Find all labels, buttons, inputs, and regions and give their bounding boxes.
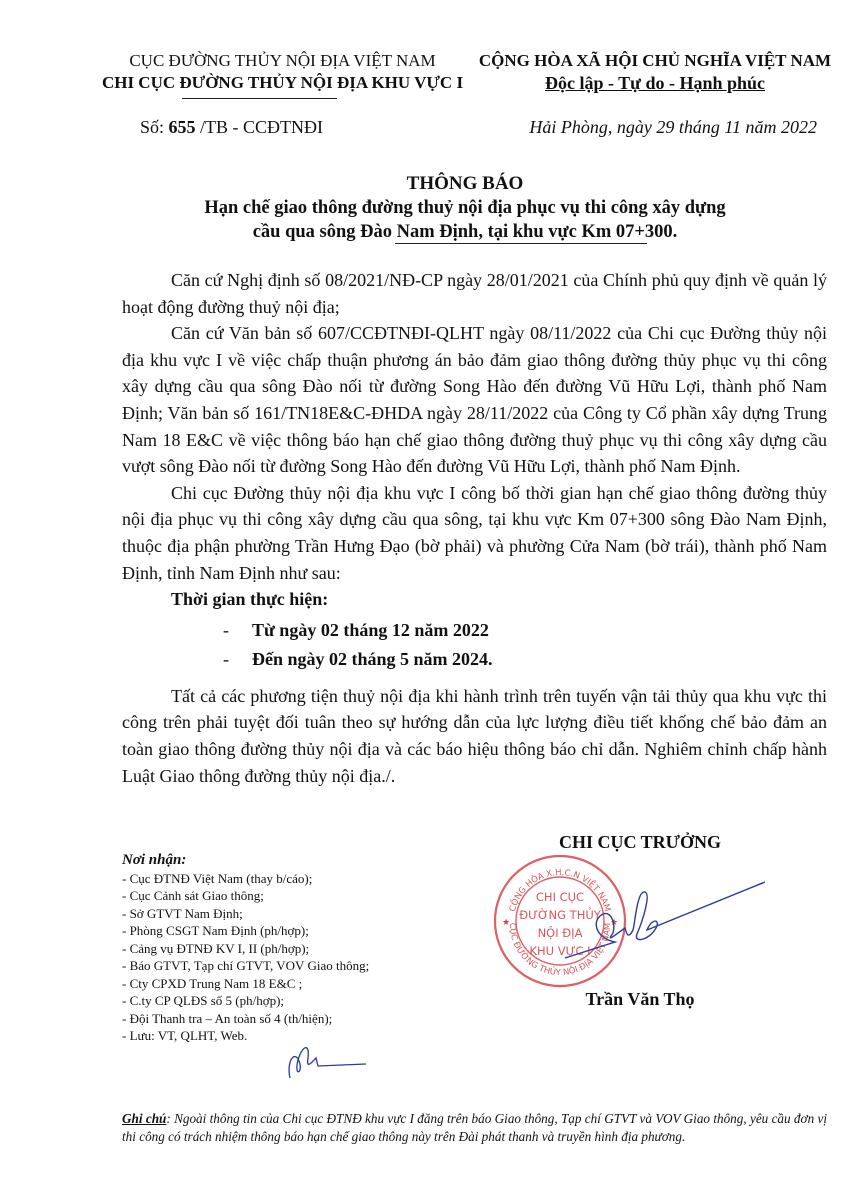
footnote: Ghi chú: Ngoài thông tin của Chi cục ĐTN… <box>122 1110 827 1146</box>
legal-basis-1: Căn cứ Nghị định số 08/2021/NĐ-CP ngày 2… <box>122 267 827 320</box>
signature-icon <box>555 880 775 970</box>
schedule-label: Thời gian thực hiện: <box>122 586 827 613</box>
document-number: Số: 655 /TB - CCĐTNĐI <box>140 117 323 138</box>
title-underline <box>395 243 647 244</box>
national-motto: Độc lập - Tự do - Hạnh phúc <box>470 72 840 94</box>
recipient-item: - Cục Cảnh sát Giao thông; <box>122 887 369 905</box>
footnote-text: : Ngoài thông tin của Chi cục ĐTNĐ khu v… <box>122 1111 827 1144</box>
footnote-label: Ghi chú <box>122 1111 166 1126</box>
doc-number-prefix: Số: <box>140 117 164 137</box>
country-name: CỘNG HÒA XÃ HỘI CHỦ NGHĨA VIỆT NAM <box>470 50 840 72</box>
svg-text:★: ★ <box>502 917 510 927</box>
signer-title: CHI CỤC TRƯỞNG <box>535 832 745 853</box>
announcement-paragraph: Chi cục Đường thủy nội địa khu vực I côn… <box>122 480 827 586</box>
initials-signature-icon <box>282 1040 372 1082</box>
doc-number-value: 655 <box>169 117 196 137</box>
recipient-item: - Cty CPXD Trung Nam 18 E&C ; <box>122 975 369 993</box>
recipient-item: - Cảng vụ ĐTNĐ KV I, II (ph/hợp); <box>122 940 369 958</box>
recipient-item: - Phòng CSGT Nam Định (ph/hợp); <box>122 922 369 940</box>
schedule-item: -Đến ngày 02 tháng 5 năm 2024. <box>122 646 827 675</box>
signature-block: CHI CỤC TRƯỞNG Trần Văn Thọ <box>535 832 745 853</box>
national-title-block: CỘNG HÒA XÃ HỘI CHỦ NGHĨA VIỆT NAM Độc l… <box>470 50 840 94</box>
document-title-block: THÔNG BÁO Hạn chế giao thông đường thuỷ … <box>95 172 835 244</box>
doc-number-suffix: /TB - CCĐTNĐI <box>200 117 323 137</box>
recipient-item: - Sở GTVT Nam Định; <box>122 905 369 923</box>
issuing-agency-block: CỤC ĐƯỜNG THỦY NỘI ĐỊA VIỆT NAM CHI CỤC … <box>95 50 470 94</box>
schedule-item: -Từ ngày 02 tháng 12 năm 2022 <box>122 617 827 646</box>
agency-underline <box>182 98 337 99</box>
document-subject-line-1: Hạn chế giao thông đường thuỷ nội địa ph… <box>95 196 835 220</box>
compliance-paragraph: Tất cả các phương tiện thuỷ nội địa khi … <box>122 683 827 789</box>
recipient-item: - Cục ĐTNĐ Việt Nam (thay b/cáo); <box>122 870 369 888</box>
document-body: Căn cứ Nghị định số 08/2021/NĐ-CP ngày 2… <box>122 267 827 789</box>
recipients-label: Nơi nhận: <box>122 852 369 870</box>
schedule-list: -Từ ngày 02 tháng 12 năm 2022 -Đến ngày … <box>122 617 827 675</box>
legal-basis-2: Căn cứ Văn bản số 607/CCĐTNĐI-QLHT ngày … <box>122 320 827 480</box>
document-subject-line-2: cầu qua sông Đào Nam Định, tại khu vực K… <box>95 220 835 244</box>
recipient-item: - Đội Thanh tra – An toàn số 4 (th/hiện)… <box>122 1010 369 1028</box>
parent-agency: CỤC ĐƯỜNG THỦY NỘI ĐỊA VIỆT NAM <box>95 50 470 72</box>
signer-name: Trần Văn Thọ <box>535 989 745 1010</box>
recipient-item: - C.ty CP QLĐS số 5 (ph/hợp); <box>122 992 369 1010</box>
recipients-block: Nơi nhận: - Cục ĐTNĐ Việt Nam (thay b/cá… <box>122 852 369 1045</box>
recipient-item: - Báo GTVT, Tạp chí GTVT, VOV Giao thông… <box>122 957 369 975</box>
issuing-agency: CHI CỤC ĐƯỜNG THỦY NỘI ĐỊA KHU VỰC I <box>95 72 470 94</box>
document-type: THÔNG BÁO <box>95 172 835 196</box>
place-and-date: Hải Phòng, ngày 29 tháng 11 năm 2022 <box>529 117 817 138</box>
